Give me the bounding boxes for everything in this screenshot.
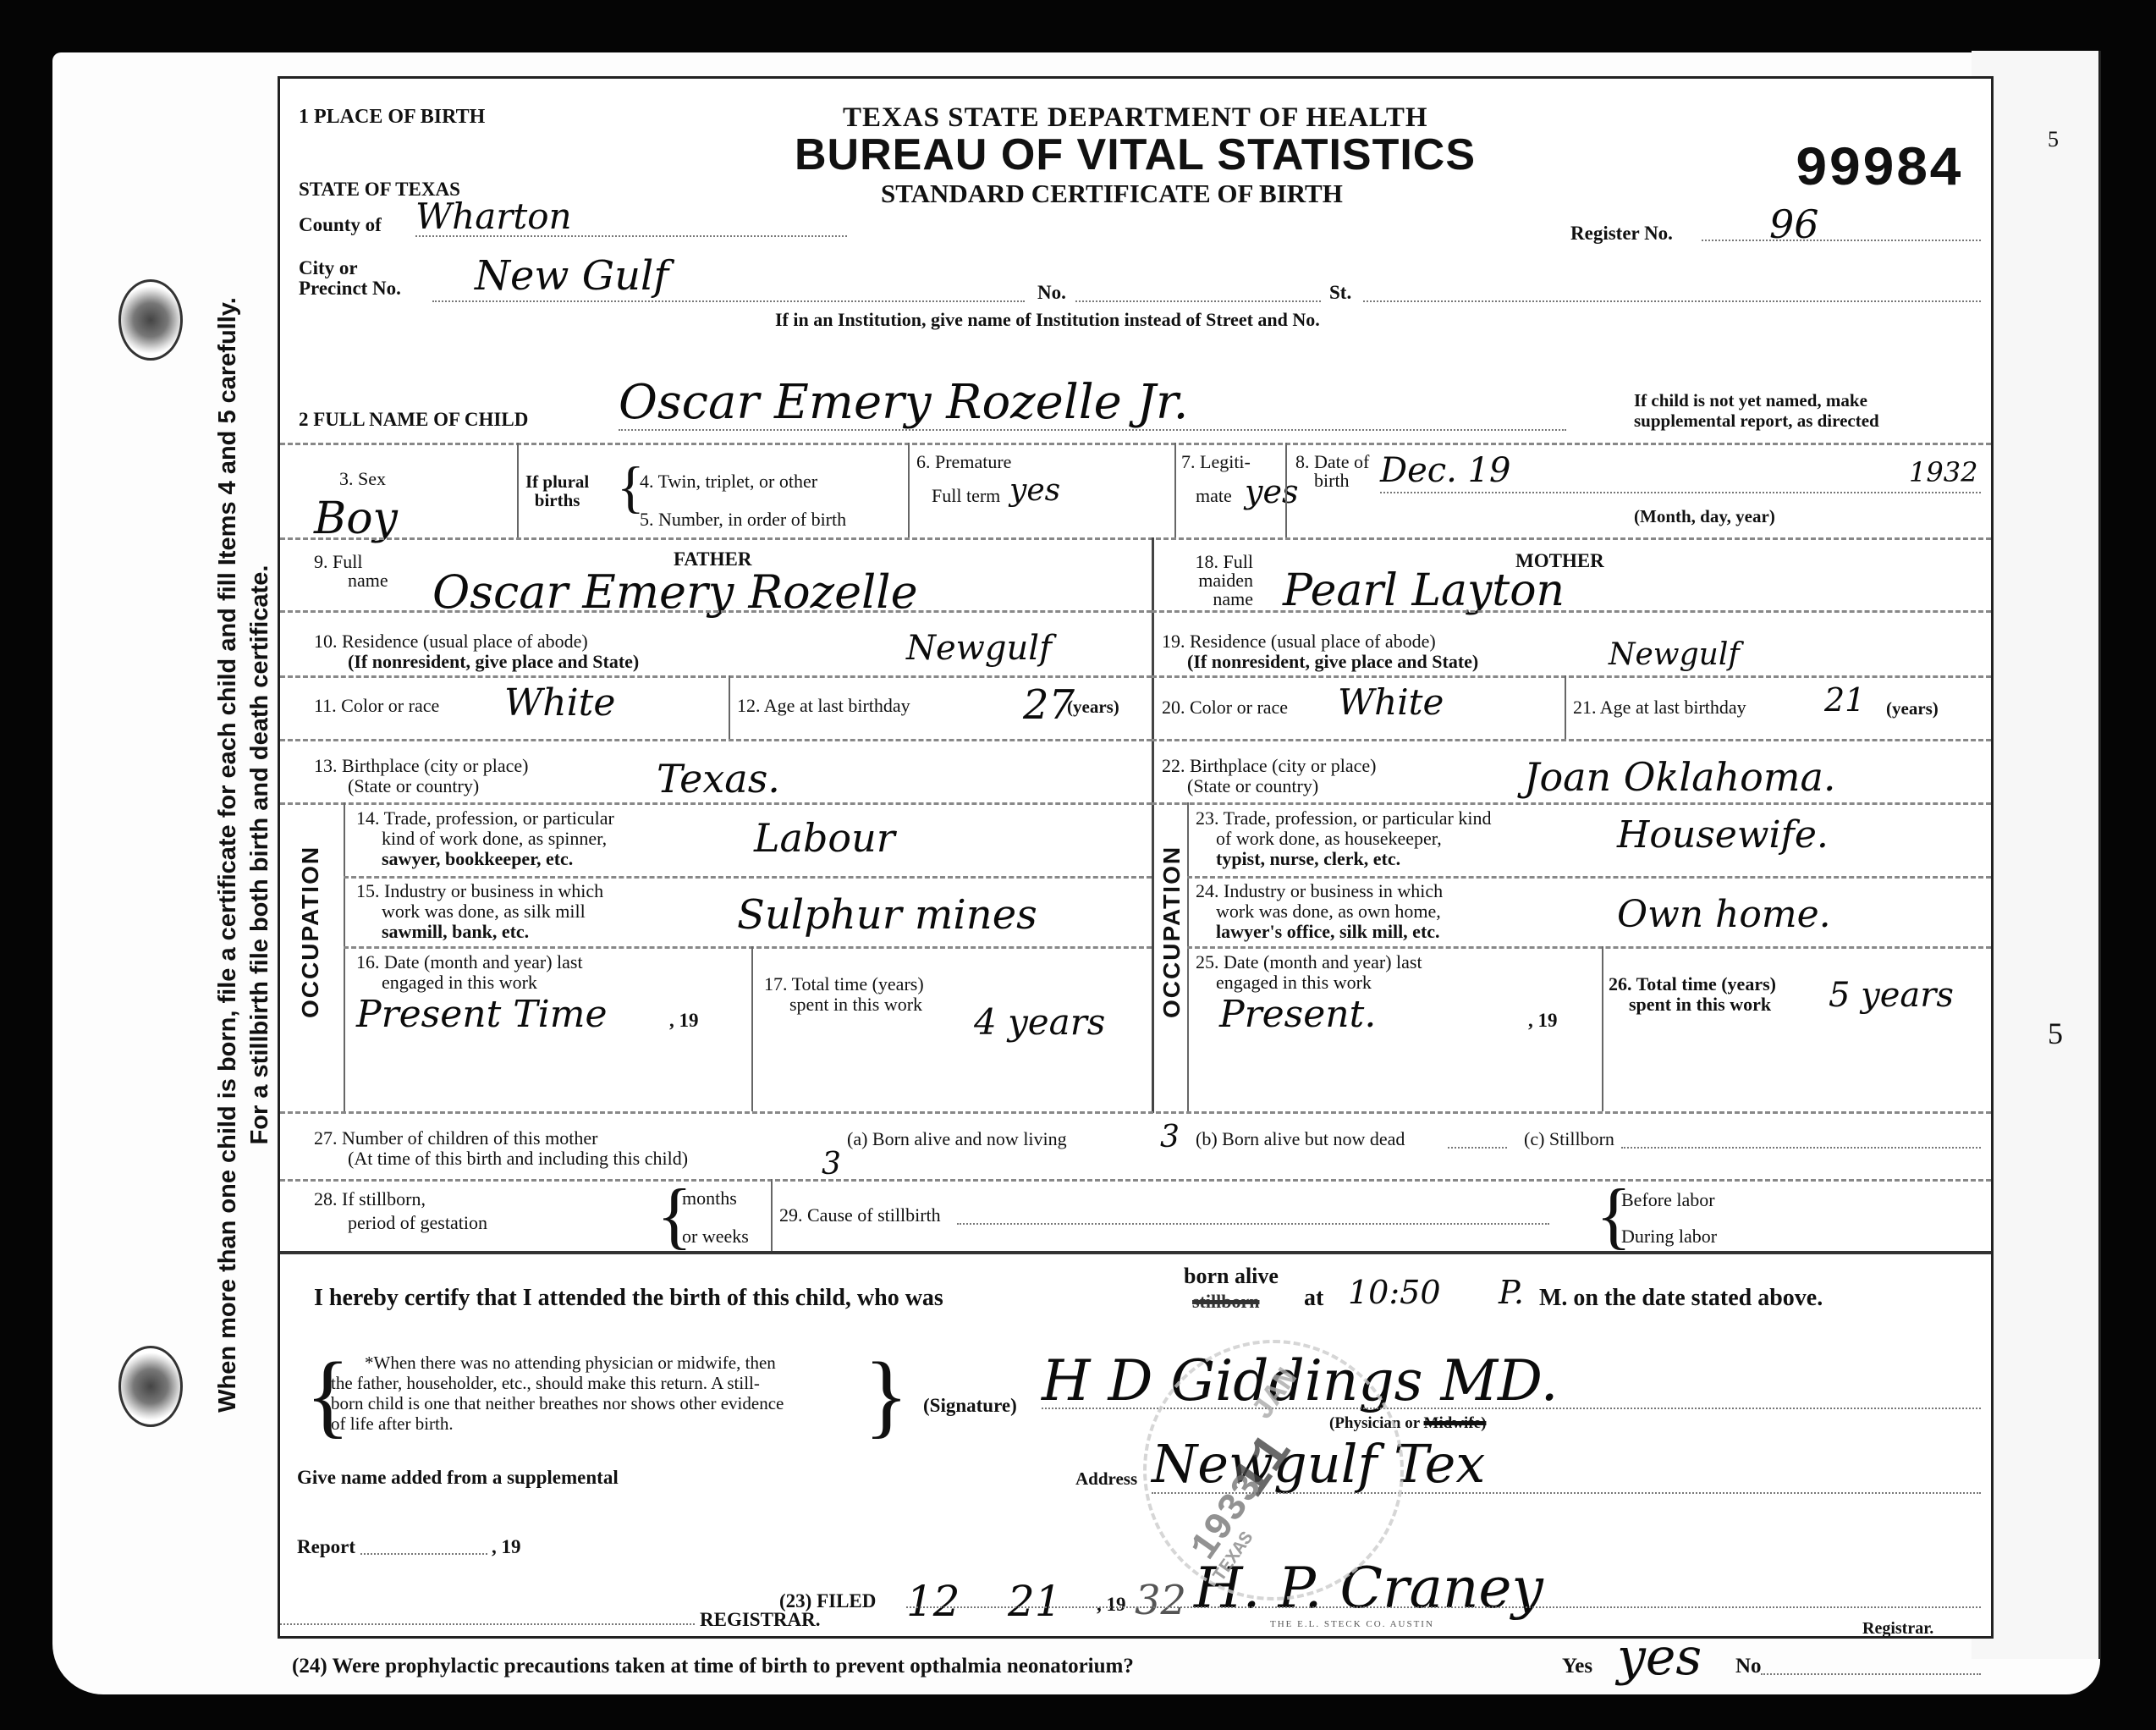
divider bbox=[1285, 443, 1287, 537]
certificate-title: STANDARD CERTIFICATE OF BIRTH bbox=[881, 179, 1343, 209]
children-count-value: 3 bbox=[822, 1147, 841, 1182]
place-of-birth-label: 1 PLACE OF BIRTH bbox=[299, 106, 485, 129]
mother-race-value: White bbox=[1338, 681, 1444, 723]
name-note: If child is not yet named, make suppleme… bbox=[1634, 390, 1879, 431]
stillborn-label: (c) Stillborn bbox=[1524, 1128, 1614, 1150]
stillborn-option-struck: stillborn bbox=[1192, 1291, 1259, 1313]
printer-mark-text: THE E.L. STECK CO. AUSTIN bbox=[1270, 1619, 1434, 1629]
father-date-value: Present Time bbox=[356, 993, 607, 1036]
father-date-label: 16. Date (month and year) last engaged i… bbox=[356, 952, 583, 993]
no-underline bbox=[1761, 1673, 1981, 1675]
county-label: County of bbox=[299, 214, 382, 236]
filed-label: (23) FILED bbox=[779, 1590, 876, 1612]
cause-label: 29. Cause of stillbirth bbox=[779, 1204, 941, 1226]
father-occupation-side-label: OCCUPATION bbox=[297, 846, 324, 1018]
city-underline bbox=[432, 300, 1025, 302]
filed-year-prefix: , 19 bbox=[1097, 1594, 1126, 1616]
certify-text-after: M. on the date stated above. bbox=[1539, 1285, 1823, 1312]
registrar-label: Registrar. bbox=[1862, 1619, 1933, 1639]
mother-race-label: 20. Color or race bbox=[1162, 697, 1288, 719]
row-divider bbox=[1152, 802, 1991, 805]
mother-residence-label: 19. Residence (usual place of abode) (If… bbox=[1162, 631, 1478, 672]
dob-note: (Month, day, year) bbox=[1634, 506, 1775, 527]
dead-underline bbox=[1448, 1147, 1507, 1149]
stillborn-underline bbox=[1621, 1147, 1981, 1149]
filed-month: 12 bbox=[906, 1577, 960, 1626]
margin-mark-mid: 5 bbox=[2048, 1016, 2063, 1051]
certificate-number: 99984 bbox=[1795, 138, 1962, 201]
divider bbox=[771, 1179, 773, 1251]
father-birthplace-value: Texas. bbox=[657, 756, 780, 802]
fullterm-label: Full term bbox=[932, 485, 1000, 507]
father-birthplace-label: 13. Birthplace (city or place) (State or… bbox=[314, 756, 529, 796]
children-count-label: 27. Number of children of this mother (A… bbox=[314, 1128, 688, 1169]
dead-label: (b) Born alive but now dead bbox=[1196, 1128, 1405, 1150]
divider bbox=[751, 946, 753, 1111]
mother-name-value: Pearl Layton bbox=[1283, 565, 1565, 616]
mother-name-label: 18. Full maiden name bbox=[1160, 553, 1253, 609]
father-trade-value: Labour bbox=[754, 815, 895, 861]
cause-underline bbox=[957, 1223, 1549, 1225]
divider bbox=[1174, 443, 1176, 537]
signature-label: (Signature) bbox=[923, 1395, 1017, 1417]
dob-value: Dec. 19 bbox=[1380, 451, 1510, 490]
mother-total-value: 5 years bbox=[1829, 976, 1954, 1015]
row-divider bbox=[280, 1251, 1991, 1254]
registrar-left-underline bbox=[280, 1623, 695, 1625]
row-divider bbox=[344, 946, 1152, 949]
father-residence-value: Newgulf bbox=[906, 629, 1052, 668]
filed-underline bbox=[906, 1606, 1981, 1608]
father-industry-label: 15. Industry or business in which work w… bbox=[356, 881, 603, 942]
row-divider bbox=[1152, 675, 1991, 678]
fullterm-value: yes bbox=[1009, 473, 1060, 508]
row-divider bbox=[280, 739, 1152, 741]
plural-births-label: If plural births bbox=[525, 472, 589, 510]
margin-mark-top: 5 bbox=[2048, 127, 2059, 152]
divider bbox=[908, 443, 910, 537]
prophylactic-yes-value: yes bbox=[1617, 1628, 1702, 1687]
received-stamp: JAN 11 1933 TEXAS bbox=[1143, 1340, 1404, 1601]
side-instruction-line1: When more than one child is born, file a… bbox=[212, 254, 244, 1456]
report-suffix: , 19 bbox=[492, 1536, 521, 1558]
street-no-label: No. bbox=[1037, 282, 1066, 304]
punch-hole-bottom-icon bbox=[118, 1346, 183, 1427]
mother-birthplace-label: 22. Birthplace (city or place) (State or… bbox=[1162, 756, 1377, 796]
divider bbox=[1602, 946, 1603, 1111]
father-total-value: 4 years bbox=[974, 1001, 1105, 1043]
father-age-unit: (years) bbox=[1067, 697, 1119, 718]
mother-date-label: 25. Date (month and year) last engaged i… bbox=[1196, 952, 1422, 993]
row-divider bbox=[280, 1111, 1991, 1114]
gestation-label: 28. If stillborn, period of gestation bbox=[314, 1187, 487, 1235]
row-divider bbox=[1152, 739, 1991, 741]
street-underline bbox=[1363, 300, 1981, 302]
row-divider bbox=[1187, 876, 1991, 879]
row-divider bbox=[1152, 610, 1991, 613]
at-label: at bbox=[1304, 1285, 1323, 1312]
child-name-label: 2 FULL NAME OF CHILD bbox=[299, 409, 528, 431]
dob-underline bbox=[1380, 492, 1981, 493]
legitimate-value: yes bbox=[1245, 473, 1298, 510]
institution-note: If in an Institution, give name of Insti… bbox=[775, 309, 1320, 331]
divider bbox=[729, 675, 730, 739]
report-label: Report bbox=[297, 1536, 355, 1558]
living-value: 3 bbox=[1160, 1120, 1180, 1154]
row-divider bbox=[1187, 946, 1991, 949]
father-trade-label: 14. Trade, profession, or particular kin… bbox=[356, 808, 614, 869]
row-divider bbox=[280, 610, 1152, 613]
divider bbox=[1565, 675, 1566, 739]
dob-year: 1932 bbox=[1909, 456, 1977, 488]
row-divider bbox=[344, 876, 1152, 879]
register-underline bbox=[1702, 240, 1981, 241]
report-underline bbox=[360, 1553, 487, 1555]
filed-day: 21 bbox=[1008, 1577, 1062, 1626]
city-value: New Gulf bbox=[475, 252, 668, 300]
child-name-value: Oscar Emery Rozelle Jr. bbox=[619, 375, 1188, 430]
during-labor-label: During labor bbox=[1621, 1226, 1717, 1248]
county-value: Wharton bbox=[415, 196, 572, 237]
street-label: St. bbox=[1329, 282, 1351, 304]
street-no-underline bbox=[1075, 300, 1321, 302]
father-total-label: 17. Total time (years) spent in this wor… bbox=[764, 974, 924, 1015]
divider bbox=[1187, 802, 1189, 1111]
mother-occupation-side-label: OCCUPATION bbox=[1158, 846, 1185, 1018]
months-label: months bbox=[682, 1187, 737, 1209]
father-residence-label: 10. Residence (usual place of abode) (If… bbox=[314, 631, 639, 672]
mother-date-value: Present. bbox=[1219, 993, 1376, 1036]
weeks-label: or weeks bbox=[682, 1226, 749, 1248]
punch-hole-top-icon bbox=[118, 279, 183, 361]
side-instruction-line2: For a stillbirth file both birth and dea… bbox=[244, 254, 276, 1456]
row-divider bbox=[280, 443, 1991, 445]
father-age-label: 12. Age at last birthday bbox=[737, 695, 910, 717]
parents-divider bbox=[1152, 537, 1154, 1113]
row-divider bbox=[280, 675, 1152, 678]
yes-label: Yes bbox=[1562, 1655, 1592, 1678]
twin-label: 4. Twin, triplet, or other bbox=[640, 471, 817, 493]
city-label: City or Precinct No. bbox=[299, 258, 401, 299]
before-labor-label: Before labor bbox=[1621, 1189, 1715, 1211]
mother-birthplace-value: Joan Oklahoma. bbox=[1524, 754, 1836, 800]
mother-industry-label: 24. Industry or business in which work w… bbox=[1196, 881, 1443, 942]
mother-industry-value: Own home. bbox=[1617, 893, 1831, 936]
child-name-underline bbox=[619, 429, 1566, 431]
ampm-value: P. bbox=[1499, 1274, 1524, 1311]
certify-note: *When there was no attending physician o… bbox=[331, 1353, 784, 1434]
father-industry-value: Sulphur mines bbox=[737, 891, 1037, 939]
supplemental-label: Give name added from a supplemental bbox=[297, 1467, 619, 1489]
certify-text: I hereby certify that I attended the bir… bbox=[314, 1285, 943, 1312]
prophylactic-question: (24) Were prophylactic precautions taken… bbox=[292, 1655, 1134, 1678]
register-label: Register No. bbox=[1570, 223, 1673, 245]
mother-total-label: 26. Total time (years) spent in this wor… bbox=[1609, 974, 1776, 1015]
stamp-month: JAN bbox=[1246, 1362, 1306, 1427]
address-label: Address bbox=[1075, 1468, 1137, 1490]
filed-year: 32 bbox=[1135, 1577, 1186, 1624]
row-divider bbox=[280, 537, 1991, 540]
legitimate-label-2: mate bbox=[1196, 485, 1232, 507]
mother-trade-label: 23. Trade, profession, or particular kin… bbox=[1196, 808, 1492, 869]
father-race-value: White bbox=[504, 681, 615, 725]
county-underline bbox=[415, 235, 847, 237]
sex-label: 3. Sex bbox=[339, 468, 386, 490]
divider bbox=[344, 802, 345, 1111]
living-label: (a) Born alive and now living bbox=[847, 1128, 1067, 1150]
birth-certificate-form: 1 PLACE OF BIRTH TEXAS STATE DEPARTMENT … bbox=[278, 76, 1994, 1639]
mother-age-unit: (years) bbox=[1886, 698, 1939, 719]
birth-time-value: 10:50 bbox=[1348, 1274, 1441, 1311]
row-divider bbox=[280, 1179, 1991, 1182]
mother-age-label: 21. Age at last birthday bbox=[1573, 697, 1746, 719]
mother-trade-value: Housewife. bbox=[1617, 813, 1829, 857]
brace-icon: } bbox=[864, 1348, 909, 1441]
mother-date-suffix: , 19 bbox=[1528, 1010, 1558, 1032]
mother-residence-value: Newgulf bbox=[1609, 637, 1740, 672]
father-race-label: 11. Color or race bbox=[314, 695, 439, 717]
father-date-suffix: , 19 bbox=[669, 1010, 699, 1032]
divider bbox=[517, 443, 519, 537]
born-alive-option: born alive bbox=[1184, 1264, 1279, 1289]
row-divider bbox=[280, 802, 1152, 805]
no-label: No bbox=[1735, 1655, 1762, 1678]
dob-label-2: birth bbox=[1314, 470, 1350, 492]
mother-age-value: 21 bbox=[1824, 681, 1865, 719]
father-name-label: 9. Full name bbox=[314, 553, 388, 590]
premature-label: 6. Premature bbox=[916, 451, 1011, 473]
legitimate-label-1: 7. Legiti- bbox=[1181, 451, 1251, 473]
bureau-title: BUREAU OF VITAL STATISTICS bbox=[795, 129, 1476, 180]
sex-value: Boy bbox=[314, 493, 398, 544]
birth-order-label: 5. Number, in order of birth bbox=[640, 509, 846, 531]
